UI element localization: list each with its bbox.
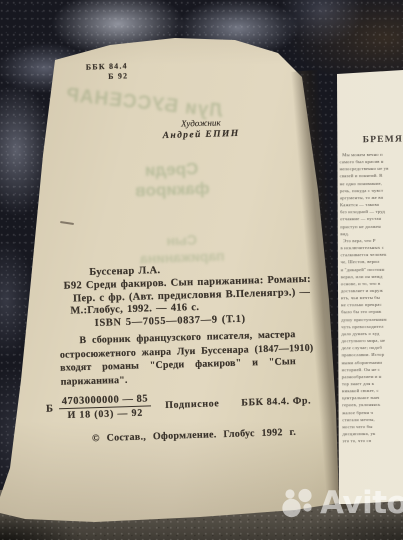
copyright-line: © Состав., Оформление. Глобус 1992 г.: [92, 427, 296, 444]
bibliographic-entry: Буссенар Л.А. Б92 Среди факиров. Сын пар…: [63, 260, 333, 331]
artist-credit: Художник Андрей ЕПИН: [140, 116, 263, 142]
showthrough-title-line: факиров: [116, 178, 229, 202]
right-page-text-line: это то, что сп: [342, 437, 403, 445]
annotation-paragraph: В сборник французского писателя, мастера…: [59, 327, 326, 388]
chapter-heading: БРЕМЯ: [350, 135, 403, 146]
showthrough-title-line: Среди: [115, 158, 228, 182]
ink-mark: [60, 221, 74, 225]
bbk-classification: ББК 84.4. Фр.: [241, 395, 311, 408]
catalog-prefix: Б: [46, 403, 53, 414]
showthrough-author-text: Луи БУССЕНАР: [47, 83, 223, 123]
catalog-fraction: 4703000000 — 85 И 18 (03) — 92: [59, 393, 152, 421]
showthrough-subtitle-line: Сын: [125, 230, 238, 251]
showthrough-subtitle-text: Сын парижанина: [125, 230, 238, 268]
right-page-body: Мы можем вечно псамого был красив ннепос…: [339, 151, 403, 448]
avito-logo-icon: [281, 486, 317, 519]
book-photo: Луи БУССЕНАР Среди факиров Сын парижанин…: [0, 0, 403, 540]
bbk-letter-code: Б 92: [86, 71, 128, 82]
artist-name: Андрей ЕПИН: [140, 128, 262, 143]
catalog-index-line: Б 4703000000 — 85 И 18 (03) — 92 Подписн…: [46, 387, 347, 421]
subscription-label: Подписное: [165, 398, 219, 411]
bbk-stamp: ББК 84.4 Б 92: [86, 61, 129, 82]
showthrough-title-text: Среди факиров: [115, 158, 228, 202]
catalog-denominator: И 18 (03) — 92: [67, 407, 143, 421]
avito-watermark: Avito: [281, 486, 403, 519]
avito-watermark-text: Avito: [320, 488, 403, 519]
